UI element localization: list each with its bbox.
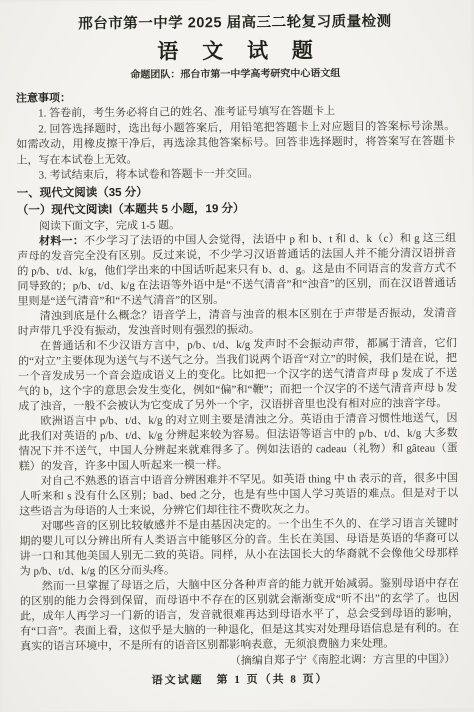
material-paragraph-5: 对自己不熟悉的语言中语音分辨困难并不罕见。如英语 thing 中 th 表示的音…: [19, 471, 458, 519]
material-paragraph-7: 然而一旦掌握了母语之后，大脑中区分各种声音的能力就开始减弱。鉴别母语中存在的区别…: [20, 576, 460, 654]
notice-item-2: 2. 回答选择题时，选出每小题答案后，用铅笔把答题卡上对应题目的答案标号涂黑。如…: [16, 119, 455, 169]
reading-section: 一、现代文阅读（35 分） （一）现代文阅读Ⅰ（本题共 5 小题，19 分） 阅…: [17, 182, 460, 670]
section-heading: 一、现代文阅读（35 分）: [17, 182, 456, 202]
page-footer: 语文试题 第 1 页（共 8 页）: [20, 670, 459, 689]
exam-paper-page: 邢台市第一中学 2025 届高三二轮复习质量检测 语 文 试 题 命题团队：邢台…: [0, 0, 474, 710]
material-paragraph-6: 对哪些音的区别比较敏感并不是由基因决定的。一个出生不久的、在学习语言关键时期的婴…: [19, 516, 458, 579]
exam-header-title: 邢台市第一中学 2025 届高三二轮复习质量检测: [15, 11, 454, 34]
material-one-label: 材料一：: [39, 235, 84, 247]
subject-title: 语 文 试 题: [16, 37, 455, 66]
notice-section: 注意事项： 1. 答卷前，考生务必将自己的姓名、准考证号填写在答题卡上 2. 回…: [16, 87, 456, 184]
material-paragraph-4: 欧洲语言中 p/b、t/d、k/g 的对立则主要是清浊之分。英语由于清音习惯性地…: [18, 411, 457, 474]
committee-line: 命题团队：邢台市第一中学高考研究中心语文组: [16, 66, 455, 83]
material-paragraph-3: 在普通话和不少汉语方言中，p/b、t/d、k/g 发声时不会振动声带，都属于清音…: [18, 336, 458, 414]
material-paragraph-1: 材料一：不少学习了法语的中国人会觉得，法语中 p 和 b、t 和 d、k（c）和…: [17, 231, 457, 309]
material-paragraph-2: 清浊到底是什么概念？语音学上，清音与浊音的根本区别在于声带是否振动，发清音时声带…: [18, 306, 457, 339]
